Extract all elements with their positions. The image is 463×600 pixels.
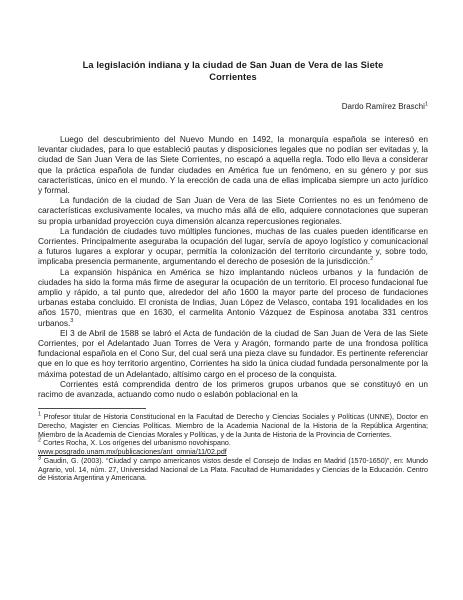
paragraph-6-text: Corrientes está comprendida dentro de lo… (38, 379, 428, 399)
paragraph-4-text: La expansión hispánica en América se hiz… (38, 267, 428, 328)
footnote-2-text: Cortes Rocha, X. Los orígenes del urbani… (43, 439, 231, 447)
document-body: Luego del descubrimiento del Nuevo Mundo… (38, 134, 428, 399)
footnote-ref-2: 2 (370, 257, 373, 263)
author-footnote-ref: 1 (425, 101, 428, 107)
footnote-2-url-link[interactable]: www.posgrado.unam.mx/publicaciones/ant_o… (38, 448, 227, 456)
footnote-ref-3: 3 (70, 318, 73, 324)
footnote-1-marker: 1 (38, 412, 41, 418)
document-page: La legislación indiana y la ciudad de Sa… (0, 0, 463, 600)
footnote-2-marker: 2 (38, 438, 41, 444)
footnotes-section: 1 Profesor titular de Historia Constituc… (38, 413, 428, 483)
footnote-1: 1 Profesor titular de Historia Constituc… (38, 413, 428, 439)
paragraph-5-text: El 3 de Abril de 1588 se labró el Acta d… (38, 328, 428, 379)
footnote-3-text: Gaudin, G. (2003). “Ciudad y campo ameri… (38, 457, 428, 482)
paragraph-1: Luego del descubrimiento del Nuevo Mundo… (38, 134, 428, 195)
paragraph-1-text: Luego del descubrimiento del Nuevo Mundo… (38, 134, 428, 195)
document-title: La legislación indiana y la ciudad de Sa… (82, 60, 384, 83)
footnote-3: 3 Gaudin, G. (2003). “Ciudad y campo ame… (38, 457, 428, 483)
author-line: Dardo Ramírez Braschi1 (38, 102, 428, 111)
paragraph-5: El 3 de Abril de 1588 se labró el Acta d… (38, 328, 428, 379)
page-content: La legislación indiana y la ciudad de Sa… (38, 60, 428, 483)
paragraph-2: La fundación de la ciudad de San Juan de… (38, 195, 428, 226)
paragraph-4: La expansión hispánica en América se hiz… (38, 267, 428, 328)
paragraph-2-text: La fundación de la ciudad de San Juan de… (38, 195, 428, 225)
paragraph-6: Corrientes está comprendida dentro de lo… (38, 379, 428, 399)
footnote-2: 2 Cortes Rocha, X. Los orígenes del urba… (38, 439, 428, 456)
author-name: Dardo Ramírez Braschi (342, 102, 425, 111)
paragraph-3: La fundación de ciudades tuvo múltiples … (38, 226, 428, 267)
footnote-1-text: Profesor titular de Historia Constitucio… (38, 413, 428, 438)
footnote-3-marker: 3 (38, 455, 41, 461)
footnote-separator (38, 408, 146, 409)
